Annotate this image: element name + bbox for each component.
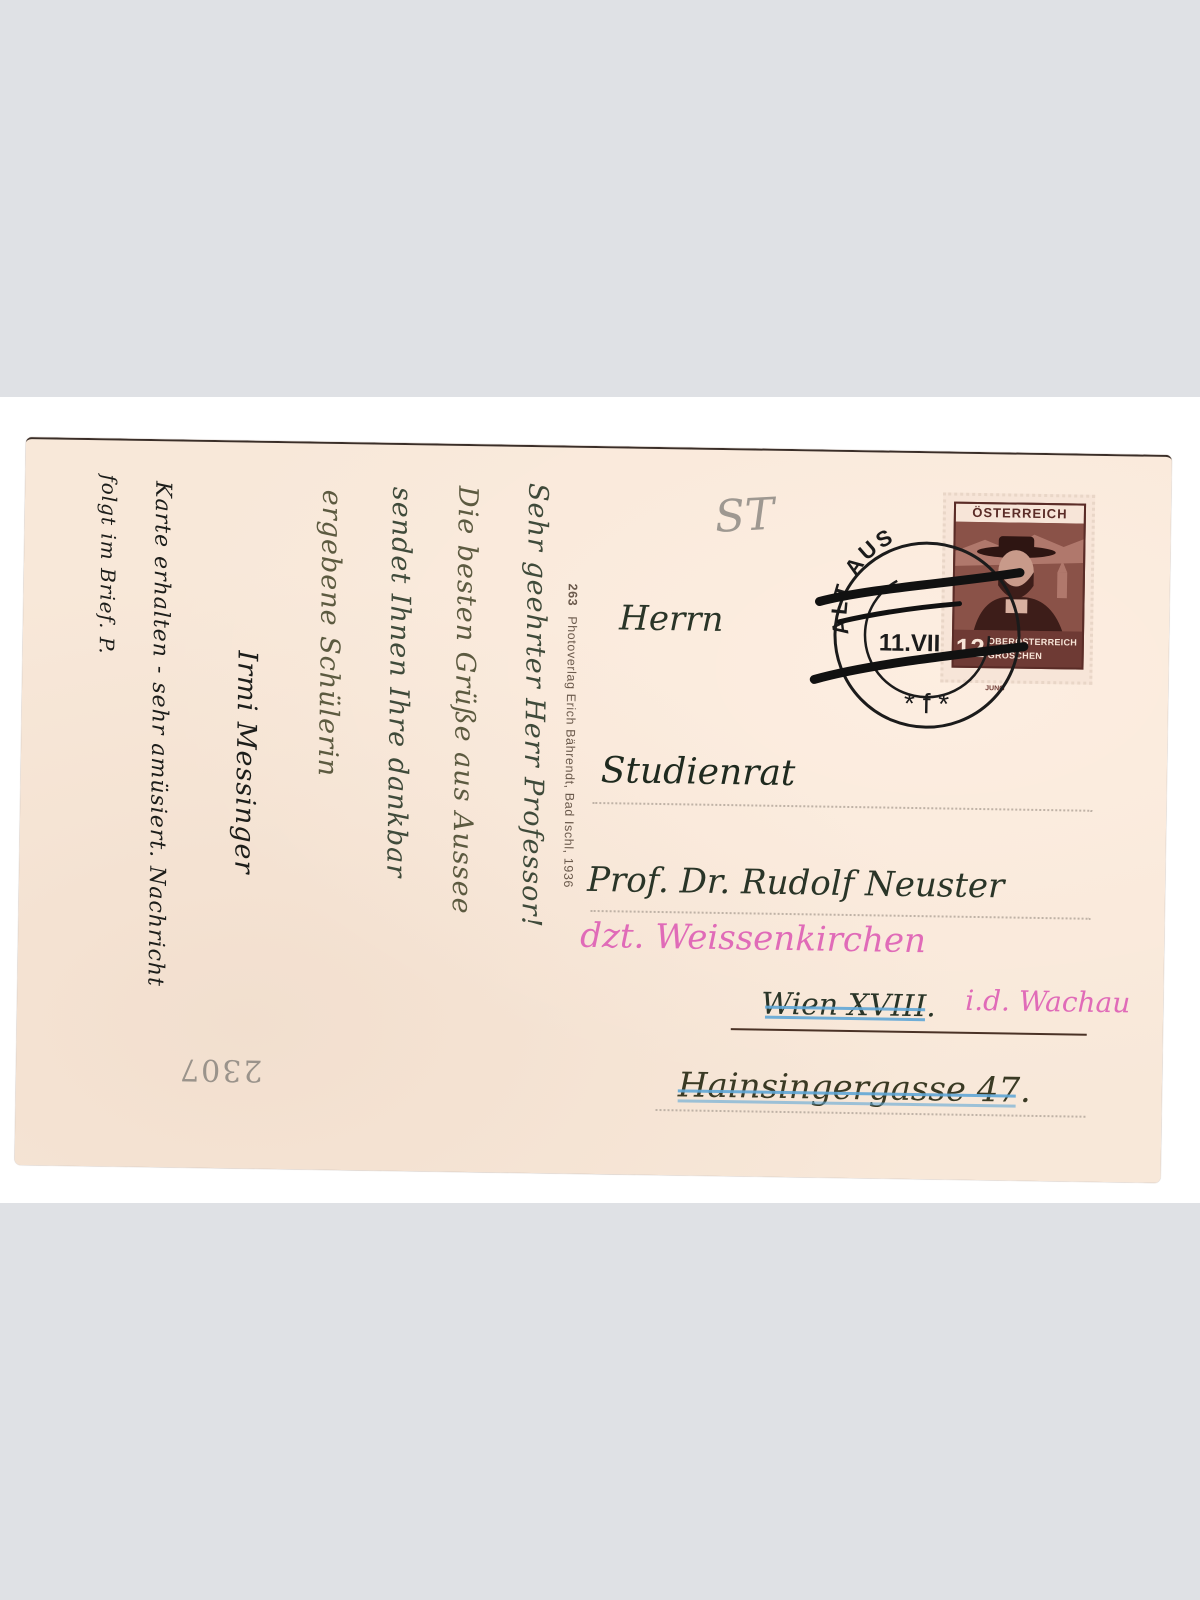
forwarding-line-1: dzt. Weissenkirchen [580,916,926,961]
stamp-value: 12 [956,632,986,664]
message-signature: Irmi Messinger [228,650,263,874]
address-title: Studienrat [601,750,796,794]
postage-stamp: ÖSTERREICH 12 OBERÖSTERREICH GROSCHEN [940,492,1095,684]
publisher-text: Photoverlag Erich Bährendt, Bad Ischl, 1… [561,616,579,888]
address-salutation: Herrn [619,598,724,640]
stamp-country: ÖSTERREICH [956,504,1084,524]
address-dotted-line-1 [592,802,1092,812]
address-name: Prof. Dr. Rudolf Neuster [587,860,1005,907]
stamp-region: OBERÖSTERREICH [988,634,1080,649]
message-line-1: Sehr geehrter Herr Professor! [515,483,553,929]
postmark-code: * f * [904,688,950,720]
stamp-currency: GROSCHEN [988,648,1080,663]
publisher-number: 263 [565,583,579,606]
postmark-town: ALT AUS [826,522,899,638]
margin-note-line-2: folgt im Brief. P. [95,474,122,655]
stamp-artist: JUNG [985,685,1005,692]
message-line-4: ergebene Schülerin [312,490,348,778]
forwarding-line-2: i.d. Wachau [965,984,1131,1020]
stamp-portrait-icon [954,522,1084,632]
city-underline [731,1028,1087,1036]
margin-note-line-1: Karte erhalten - sehr amüsiert. Nachrich… [142,481,175,987]
publisher-imprint: 263Photoverlag Erich Bährendt, Bad Ischl… [561,583,580,888]
pencil-note: ST [714,489,776,543]
message-line-2: Die besten Grüße aus Aussee [446,486,484,915]
postmark-date: 11.VII [879,629,941,657]
postcard: 263Photoverlag Erich Bährendt, Bad Ischl… [15,437,1172,1183]
svg-text:ALT AUS: ALT AUS [826,522,899,638]
message-line-3: sendet Ihnen Ihre dankbar [380,487,417,879]
pencil-inventory-number: 2307 [178,1051,263,1087]
